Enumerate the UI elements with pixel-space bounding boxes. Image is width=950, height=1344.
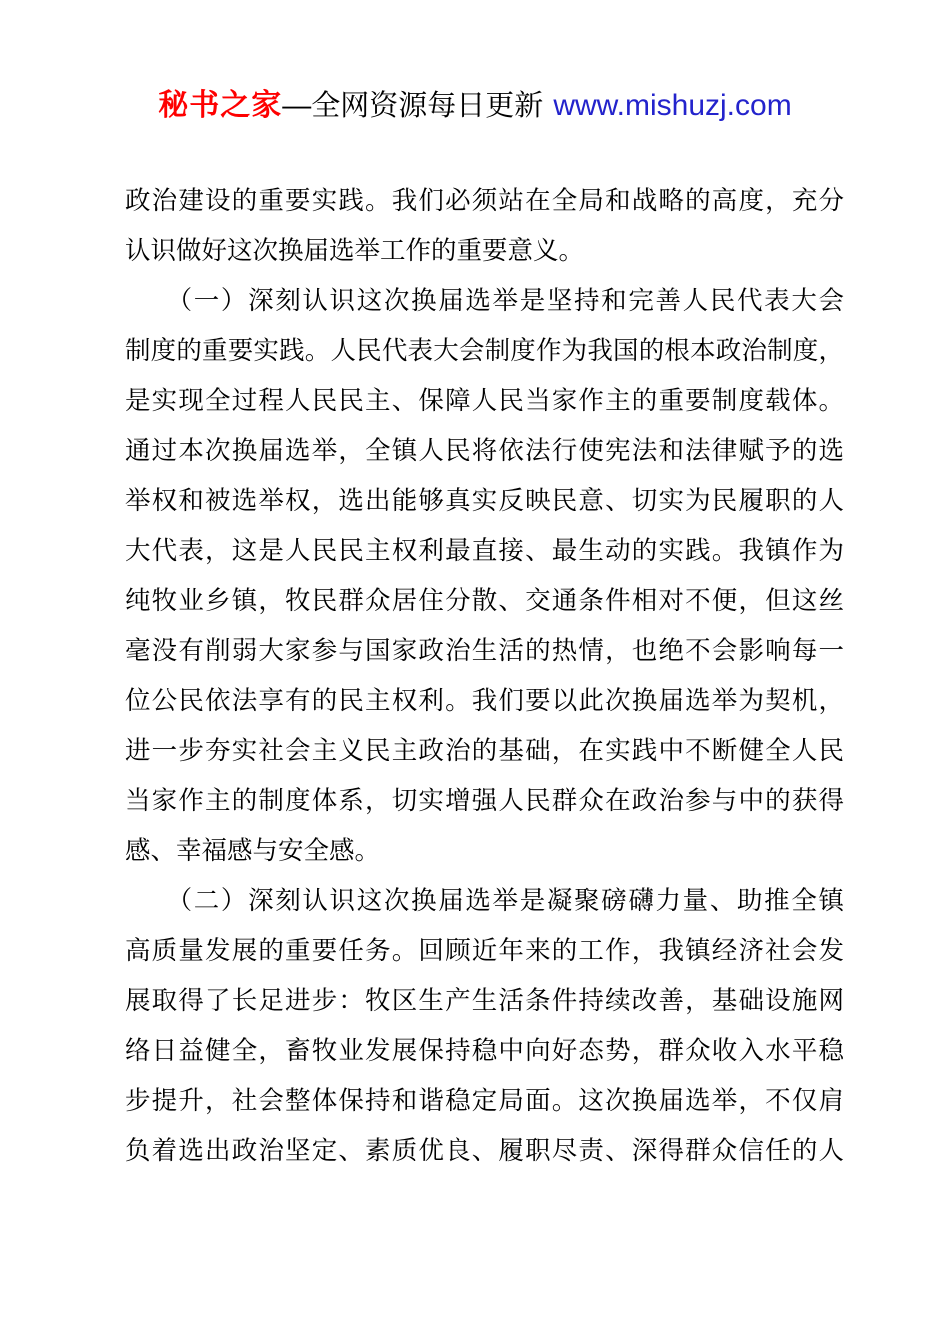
text-line: 位公民依法享有的民主权利。我们要以此次换届选举为契机， bbox=[125, 676, 844, 726]
header-dash: — bbox=[282, 90, 311, 122]
site-brand: 秘书之家 bbox=[158, 89, 282, 122]
text-line: 高质量发展的重要任务。回顾近年来的工作，我镇经济社会发 bbox=[125, 926, 844, 976]
text-line: 制度的重要实践。人民代表大会制度作为我国的根本政治制度， bbox=[125, 326, 844, 376]
text-line: 展取得了长足进步：牧区生产生活条件持续改善，基础设施网 bbox=[125, 976, 844, 1026]
text-line: 大代表，这是人民民主权利最直接、最生动的实践。我镇作为 bbox=[125, 526, 844, 576]
text-line: （二）深刻认识这次换届选举是凝聚磅礴力量、助推全镇 bbox=[125, 876, 844, 926]
text-line: 纯牧业乡镇，牧民群众居住分散、交通条件相对不便，但这丝 bbox=[125, 576, 844, 626]
text-line: 进一步夯实社会主义民主政治的基础，在实践中不断健全人民 bbox=[125, 726, 844, 776]
site-header: 秘书之家—全网资源每日更新www.mishuzj.com bbox=[0, 84, 950, 128]
text-line: 是实现全过程人民民主、保障人民当家作主的重要制度载体。 bbox=[125, 376, 844, 426]
text-line: 步提升，社会整体保持和谐稳定局面。这次换届选举，不仅肩 bbox=[125, 1076, 844, 1126]
header-tagline: 全网资源每日更新 bbox=[311, 90, 543, 122]
text-line: 络日益健全，畜牧业发展保持稳中向好态势，群众收入水平稳 bbox=[125, 1026, 844, 1076]
text-line: 政治建设的重要实践。我们必须站在全局和战略的高度，充分 bbox=[125, 176, 844, 226]
document-page: 秘书之家—全网资源每日更新www.mishuzj.com 政治建设的重要实践。我… bbox=[0, 0, 950, 1344]
text-line: 认识做好这次换届选举工作的重要意义。 bbox=[125, 226, 844, 276]
text-line: 感、幸福感与安全感。 bbox=[125, 826, 844, 876]
text-line: 当家作主的制度体系，切实增强人民群众在政治参与中的获得 bbox=[125, 776, 844, 826]
text-line: 毫没有削弱大家参与国家政治生活的热情，也绝不会影响每一 bbox=[125, 626, 844, 676]
text-line: 负着选出政治坚定、素质优良、履职尽责、深得群众信任的人 bbox=[125, 1126, 844, 1176]
text-line: （一）深刻认识这次换届选举是坚持和完善人民代表大会 bbox=[125, 276, 844, 326]
site-url-link[interactable]: www.mishuzj.com bbox=[553, 89, 791, 122]
text-line: 通过本次换届选举，全镇人民将依法行使宪法和法律赋予的选 bbox=[125, 426, 844, 476]
document-body: 政治建设的重要实践。我们必须站在全局和战略的高度，充分认识做好这次换届选举工作的… bbox=[125, 176, 844, 1176]
text-line: 举权和被选举权，选出能够真实反映民意、切实为民履职的人 bbox=[125, 476, 844, 526]
